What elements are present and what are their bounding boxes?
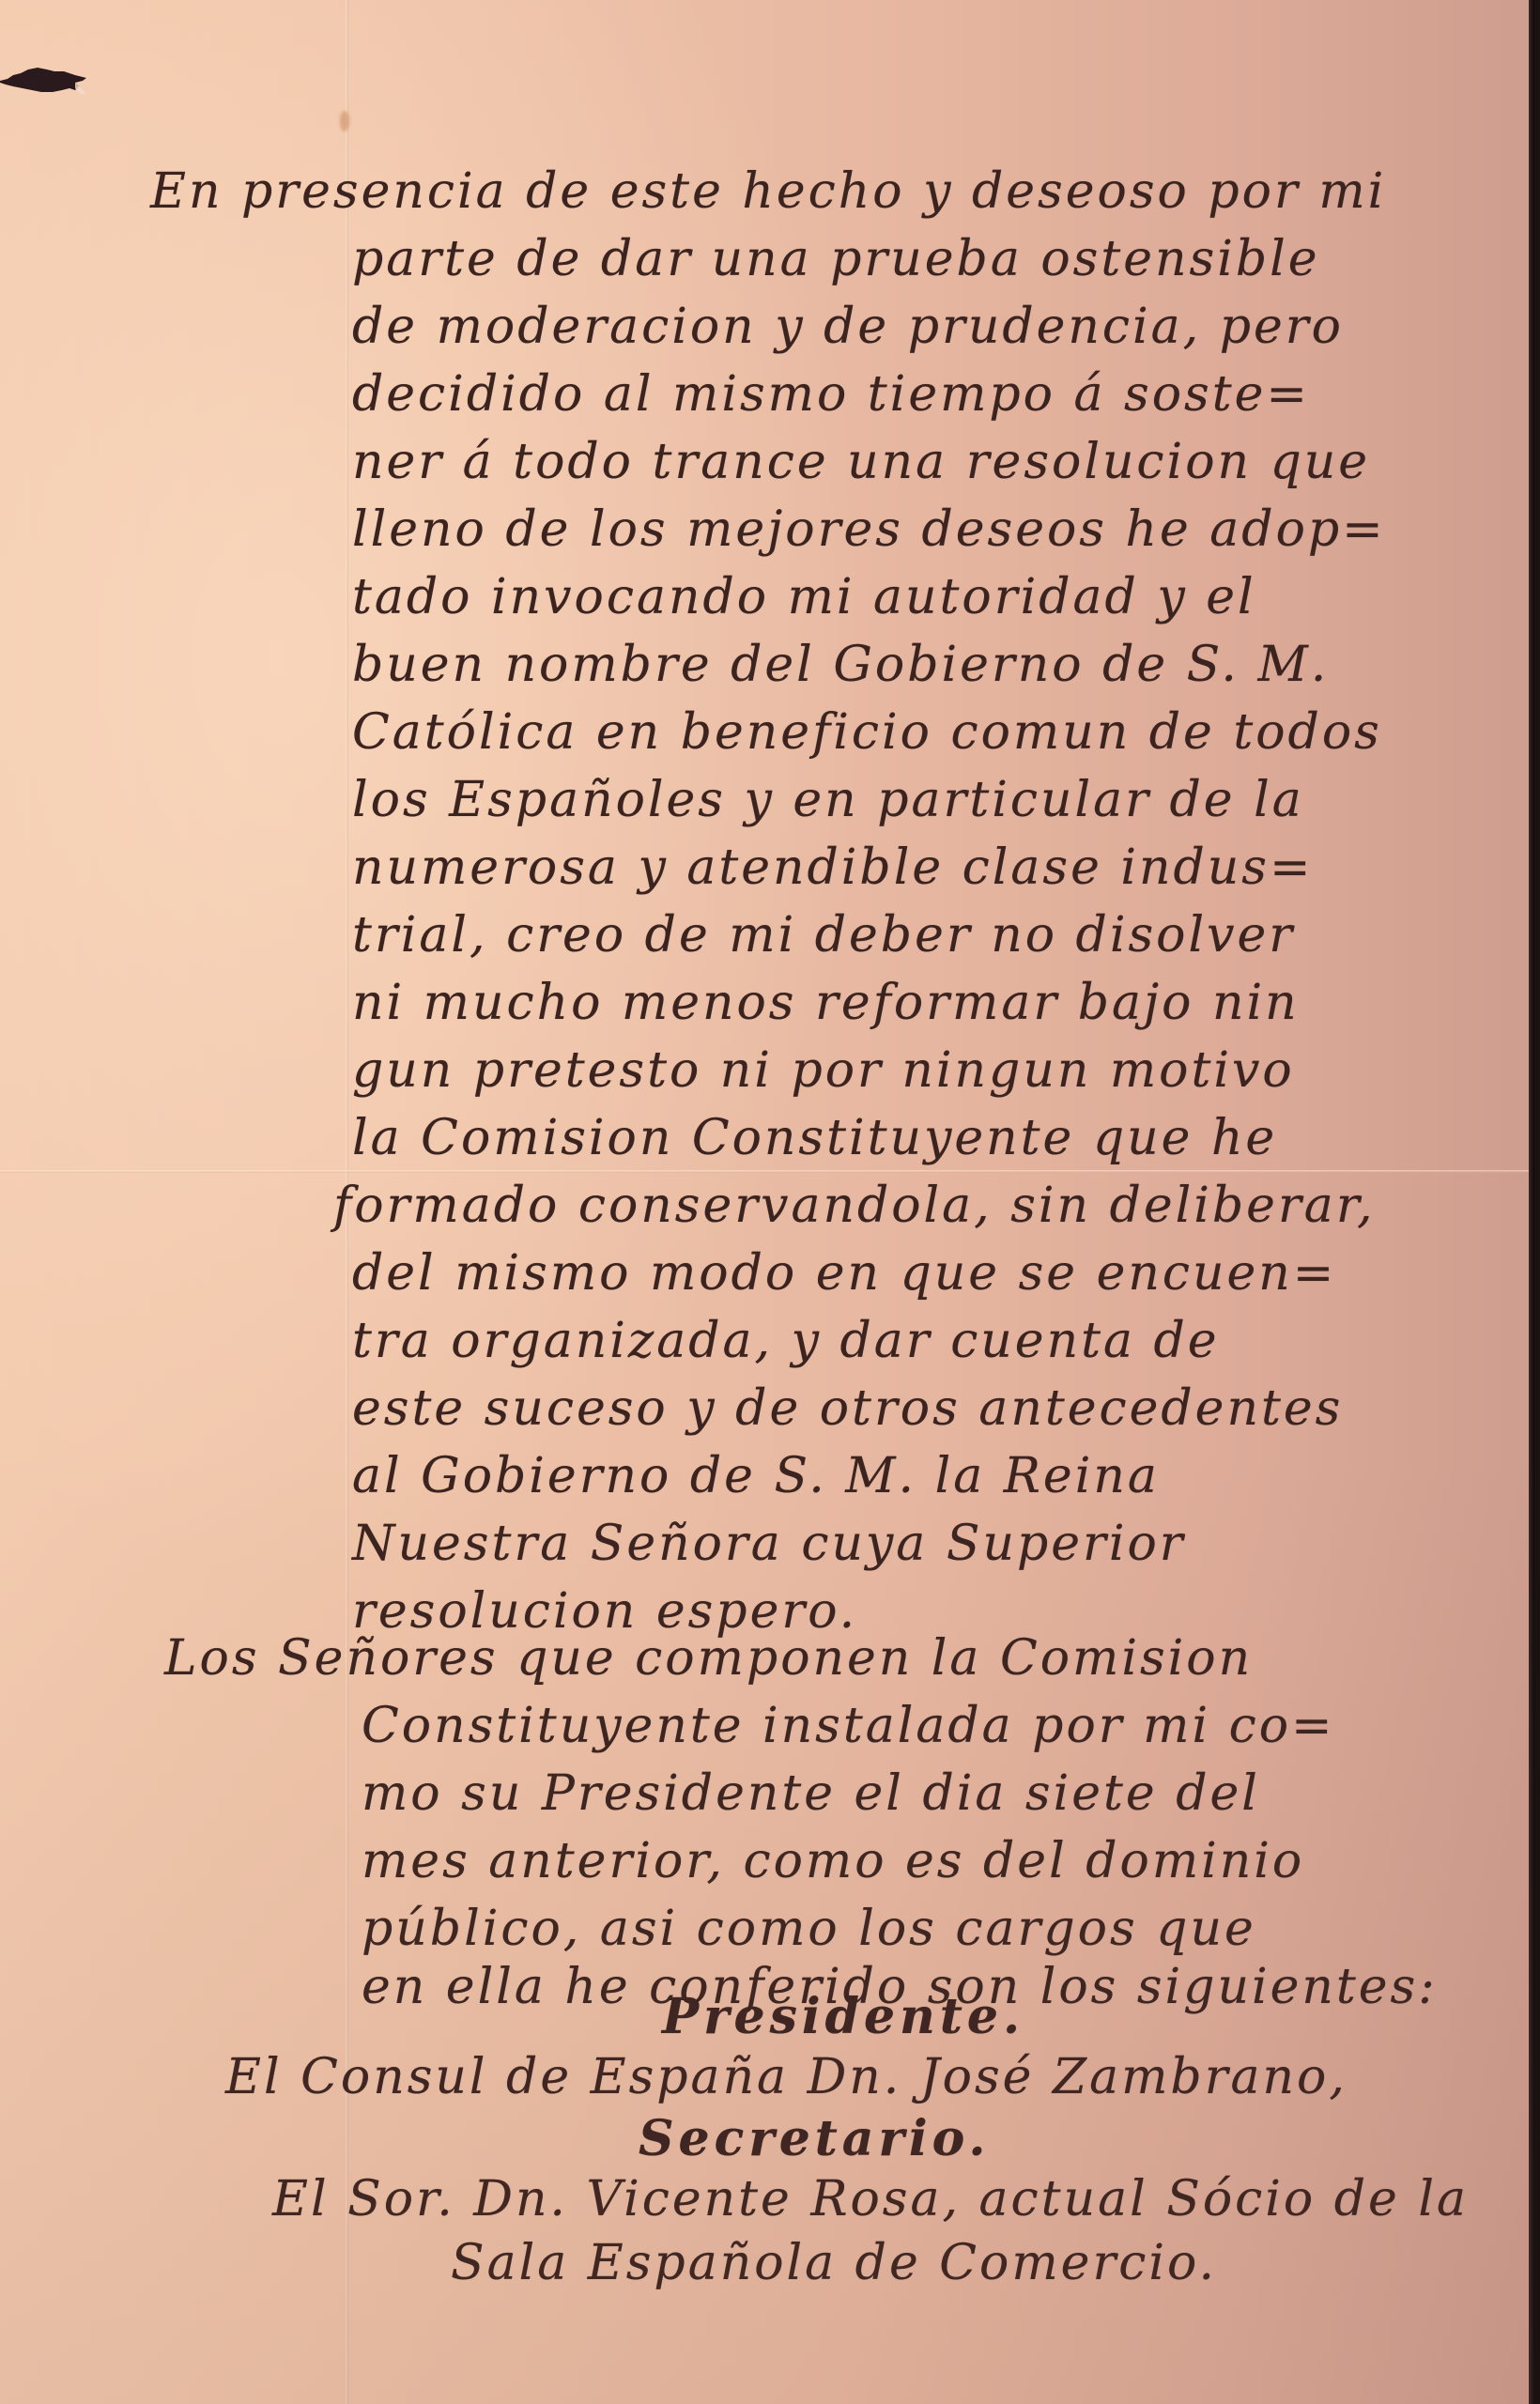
- text-line: mes anterior, como es del dominio: [362, 1837, 1304, 1886]
- text-line: En presencia de este hecho y deseoso por…: [150, 167, 1386, 216]
- text-line: trial, creo de mi deber no disolver: [352, 911, 1295, 960]
- text-line: parte de dar una prueba ostensible: [352, 235, 1320, 284]
- text-line: los Españoles y en particular de la: [352, 776, 1304, 824]
- text-line: numerosa y atendible clase indus=: [352, 843, 1314, 892]
- text-line: Los Señores que componen la Comision: [164, 1634, 1253, 1683]
- page-edge-shadow: [1529, 0, 1534, 2404]
- text-line: Nuestra Señora cuya Superior: [352, 1519, 1186, 1568]
- text-line: del mismo modo en que se encuen=: [352, 1249, 1336, 1298]
- role-holder-secretario-cont: Sala Española de Comercio.: [451, 2239, 1217, 2288]
- manuscript-page: En presencia de este hecho y deseoso por…: [0, 0, 1534, 2404]
- text-line: al Gobierno de S. M. la Reina: [352, 1452, 1160, 1501]
- text-line: ni mucho menos reformar bajo nin: [352, 979, 1300, 1027]
- text-line: Constituyente instalada por mi co=: [362, 1702, 1335, 1750]
- role-holder-secretario: El Sor. Dn. Vicente Rosa, actual Sócio d…: [272, 2175, 1469, 2224]
- text-line: formado conservandola, sin deliberar,: [333, 1181, 1376, 1230]
- text-line: decidido al mismo tiempo á soste=: [352, 370, 1310, 419]
- text-line: gun pretesto ni por ningun motivo: [352, 1046, 1295, 1095]
- text-line: tra organizada, y dar cuenta de: [352, 1317, 1220, 1365]
- text-line: tado invocando mi autoridad y el: [352, 573, 1256, 622]
- text-line: lleno de los mejores deseos he adop=: [352, 505, 1386, 554]
- manuscript-text: En presencia de este hecho y deseoso por…: [0, 0, 1534, 2404]
- text-line: este suceso y de otros antecedentes: [352, 1384, 1343, 1433]
- role-title-secretario: Secretario.: [639, 2115, 991, 2164]
- text-line: público, asi como los cargos que: [362, 1904, 1256, 1953]
- text-line: la Comision Constituyente que he: [352, 1114, 1277, 1163]
- text-line: ner á todo trance una resolucion que: [352, 438, 1370, 486]
- text-line: Católica en beneficio comun de todos: [352, 708, 1382, 757]
- role-holder-presidente: El Consul de España Dn. José Zambrano,: [225, 2053, 1347, 2102]
- text-line: buen nombre del Gobierno de S. M.: [352, 640, 1329, 689]
- text-line: de moderacion y de prudencia, pero: [352, 302, 1344, 351]
- text-line: mo su Presidente el dia siete del: [362, 1769, 1260, 1818]
- role-title-presidente: Presidente.: [662, 1993, 1024, 2042]
- text-line: resolucion espero.: [352, 1587, 857, 1636]
